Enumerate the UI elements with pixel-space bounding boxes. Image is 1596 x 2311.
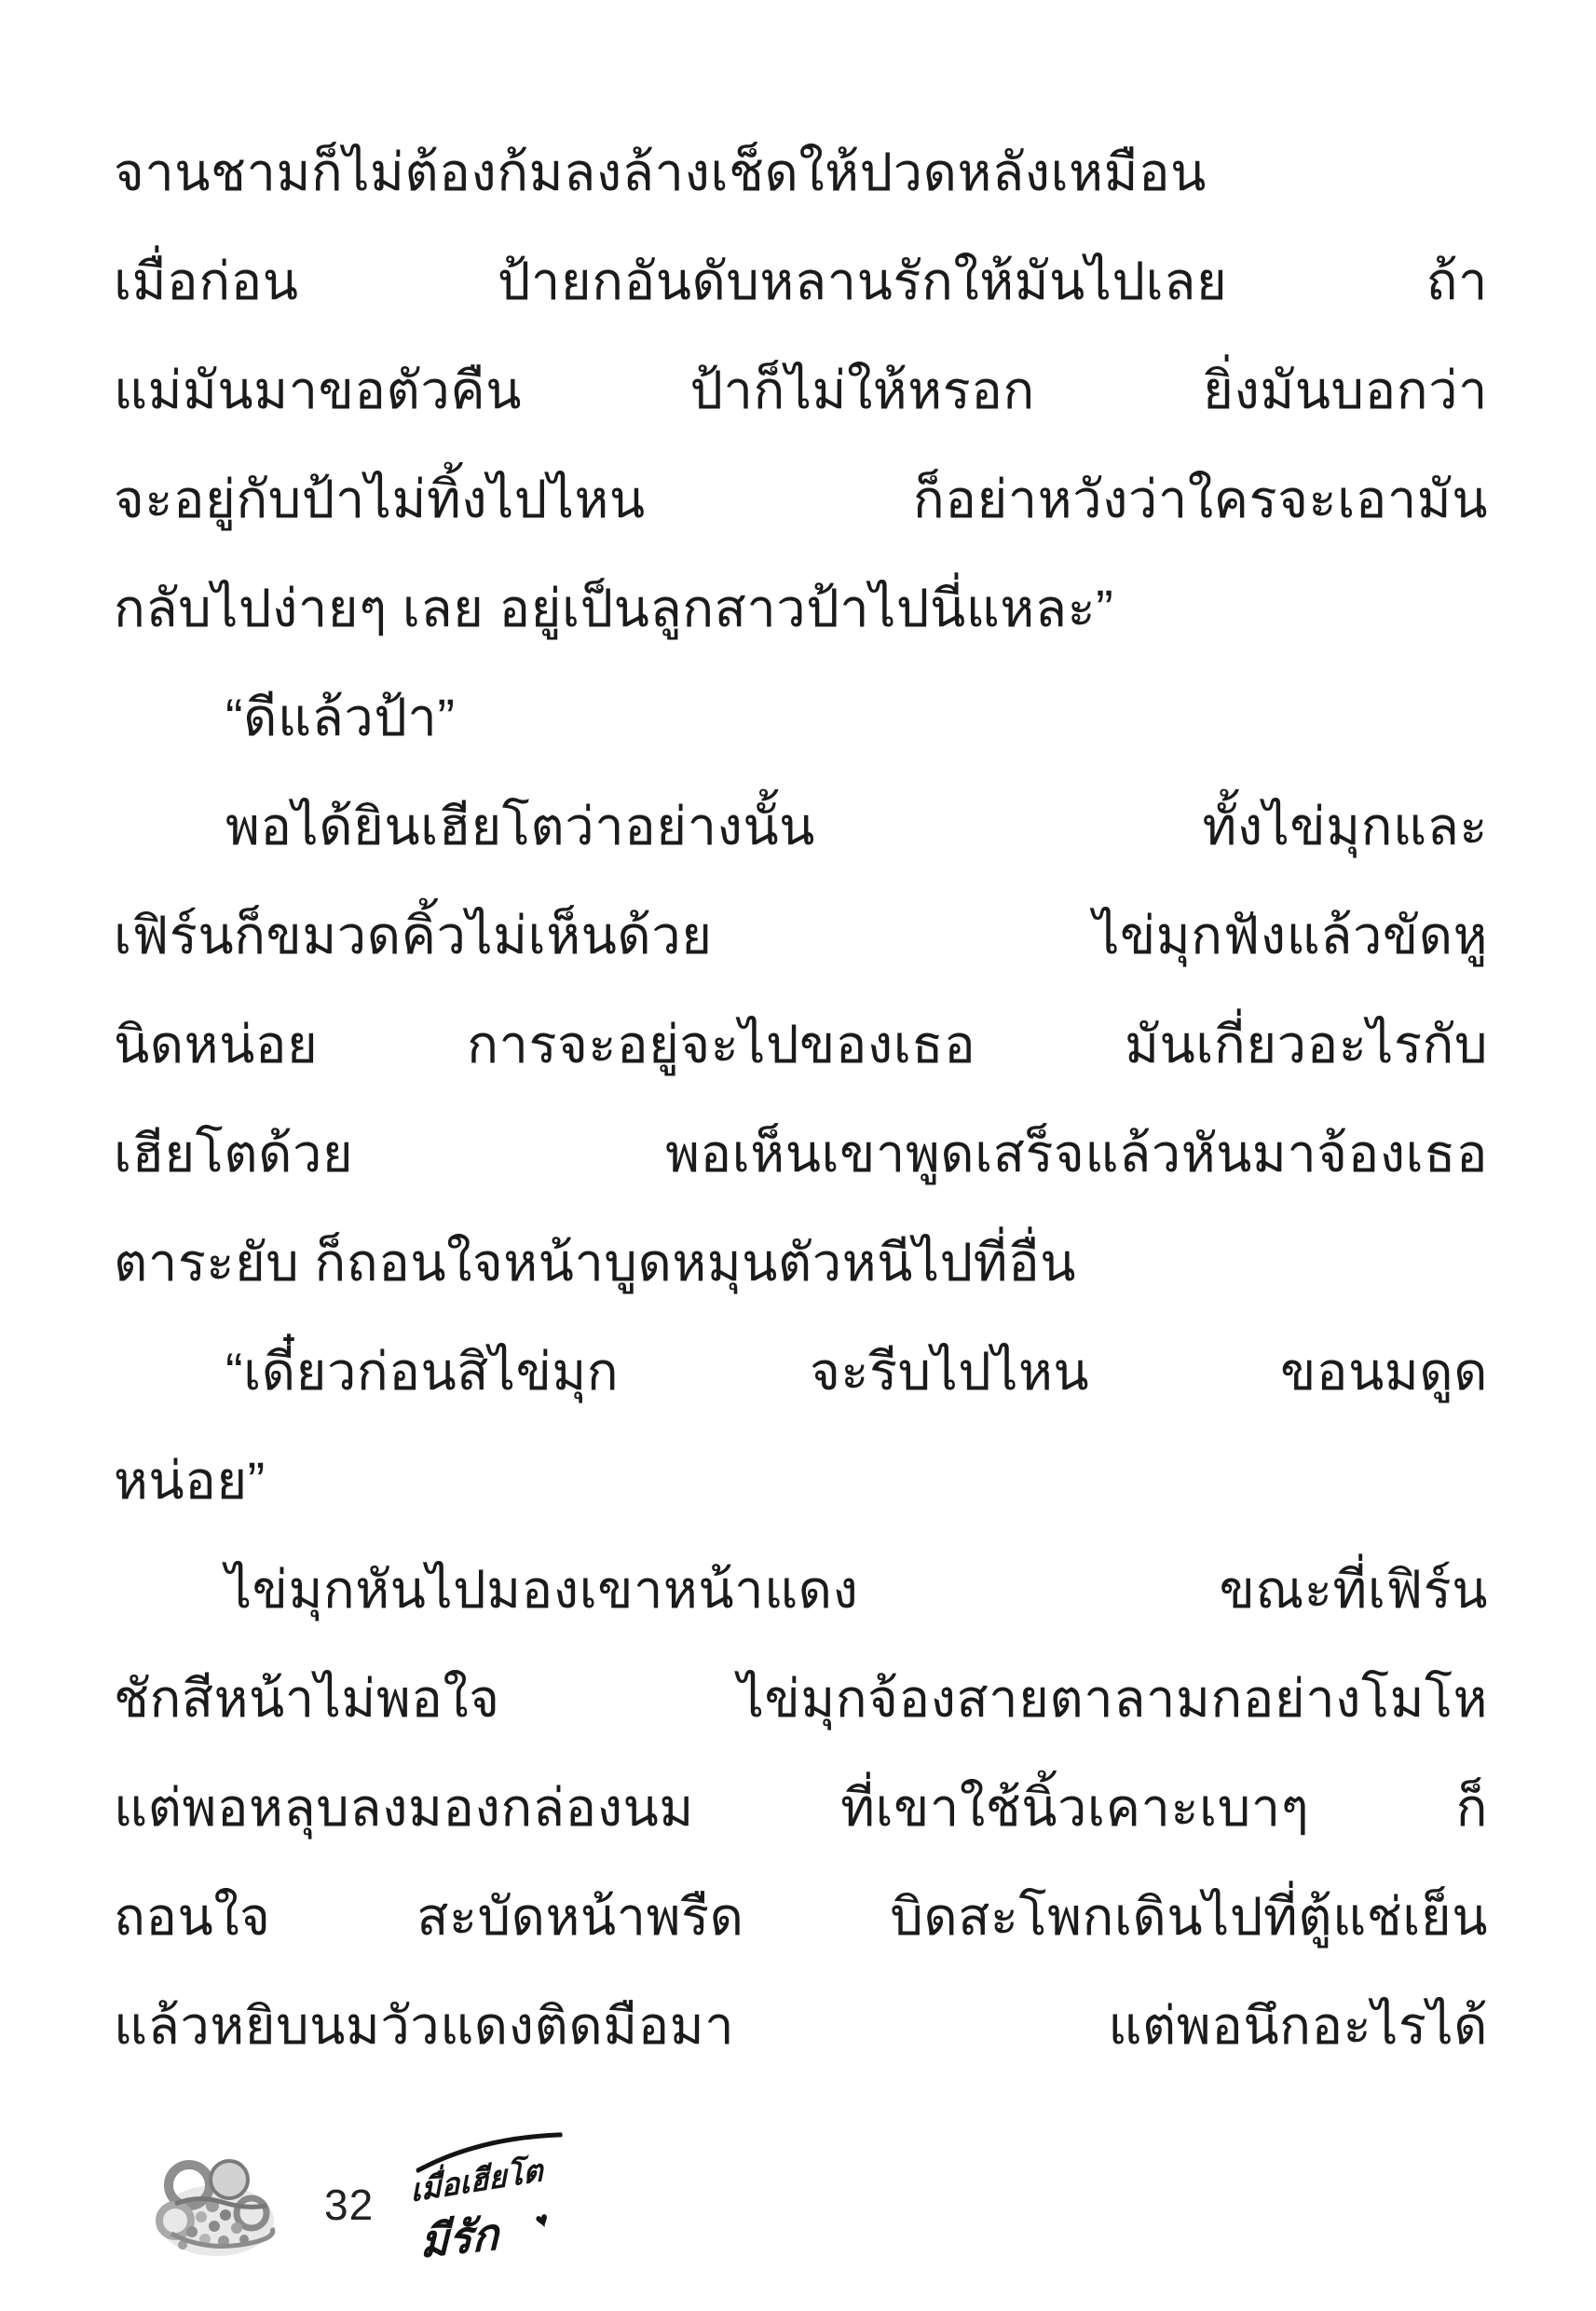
book-page: { "lines": [ { "text": "จานชามก็ไม่ต้องก… bbox=[0, 0, 1596, 2311]
text-line: จะอยู่กับป้าไม่ทิ้งไปไหน ก็อย่าหวังว่าใค… bbox=[114, 444, 1488, 554]
jewelry-photo-icon bbox=[147, 2148, 285, 2262]
text-line: นิดหน่อย การจะอยู่จะไปของเธอ มันเกี่ยวอะ… bbox=[114, 990, 1488, 1099]
page-footer: 32 เมื่อเฮียโต มีรัก ♥ bbox=[147, 2130, 571, 2279]
text-line: หน่อย” bbox=[114, 1426, 1488, 1535]
text-line: เฟิร์นก็ขมวดคิ้วไม่เห็นด้วย ไข่มุกฟังแล้… bbox=[114, 881, 1488, 990]
text-line: แม่มันมาขอตัวคืน ป้าก็ไม่ให้หรอก ยิ่งมัน… bbox=[114, 335, 1488, 444]
text-line: เฮียโตด้วย พอเห็นเขาพูดเสร็จแล้วหันมาจ้อ… bbox=[114, 1099, 1488, 1208]
text-line: ตาระยับ ก็ถอนใจหน้าบูดหมุนตัวหนีไปที่อื่… bbox=[114, 1208, 1488, 1317]
text-block: จานชามก็ไม่ต้องก้มลงล้างเช็ดให้ปวดหลังเห… bbox=[114, 117, 1488, 2080]
text-line: แต่พอหลุบลงมองกล่องนม ที่เขาใช้นิ้วเคาะเ… bbox=[114, 1753, 1488, 1862]
text-line: “ดีแล้วป้า” bbox=[114, 663, 1488, 772]
page-number: 32 bbox=[324, 2180, 374, 2230]
text-line: ถอนใจ สะบัดหน้าพรืด บิดสะโพกเดินไปที่ตู้… bbox=[114, 1862, 1488, 1971]
book-title-logo: เมื่อเฮียโต มีรัก ♥ bbox=[406, 2132, 577, 2277]
text-line: ไข่มุกหันไปมองเขาหน้าแดง ขณะที่เฟิร์น bbox=[114, 1535, 1488, 1644]
text-line: ชักสีหน้าไม่พอใจ ไข่มุกจ้องสายตาลามกอย่า… bbox=[114, 1644, 1488, 1753]
text-line: “เดี๋ยวก่อนสิไข่มุก จะรีบไปไหน ขอนมดูด bbox=[114, 1317, 1488, 1426]
text-line: กลับไปง่ายๆ เลย อยู่เป็นลูกสาวป้าไปนี่แห… bbox=[114, 554, 1488, 663]
text-line: แล้วหยิบนมวัวแดงติดมือมา แต่พอนึกอะไรได้ bbox=[114, 1971, 1488, 2080]
text-line: เมื่อก่อน ป้ายกอันดับหลานรักให้มันไปเลย … bbox=[114, 226, 1488, 335]
text-line: พอได้ยินเฮียโตว่าอย่างนั้น ทั้งไข่มุกและ bbox=[114, 772, 1488, 881]
text-line: จานชามก็ไม่ต้องก้มลงล้างเช็ดให้ปวดหลังเห… bbox=[114, 117, 1488, 226]
